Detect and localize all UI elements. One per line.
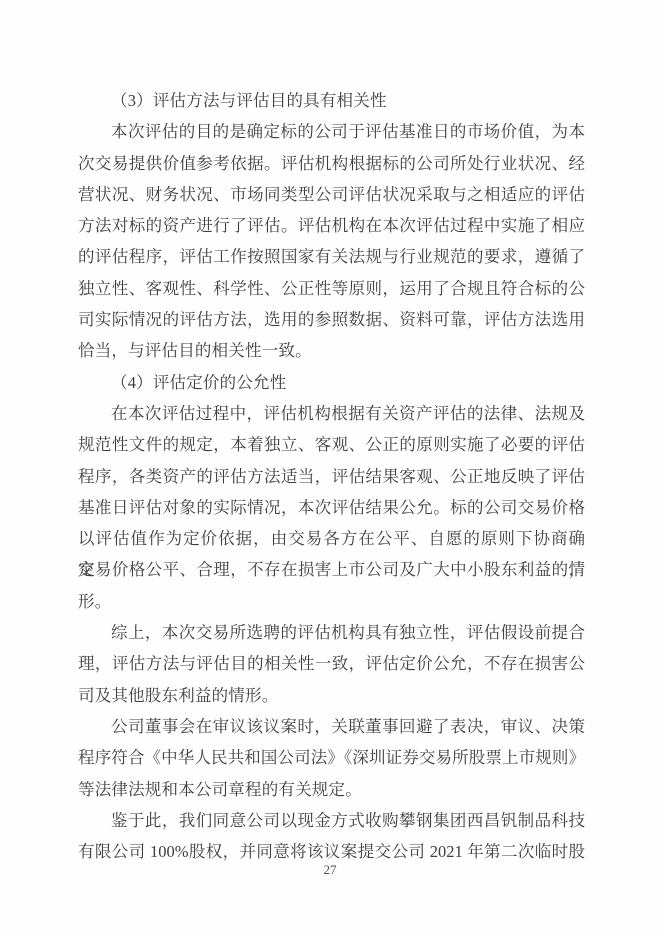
text-line: 形。 <box>78 586 585 617</box>
text-line: 本次评估的目的是确定标的公司于评估基准日的市场价值，为本 <box>78 116 585 147</box>
text-line: 鉴于此，我们同意公司以现金方式收购攀钢集团西昌钒制品科技 <box>78 805 585 836</box>
text-line: 基准日评估对象的实际情况，本次评估结果公允。标的公司交易价格 <box>78 492 585 523</box>
text-line: 营状况、财务状况、市场同类型公司评估状况采取与之相适应的评估 <box>78 179 585 210</box>
document-body: （3）评估方法与评估目的具有相关性本次评估的目的是确定标的公司于评估基准日的市场… <box>78 85 585 867</box>
text-line: 等法律法规和本公司章程的有关规定。 <box>78 774 585 805</box>
text-line: 的评估程序，评估工作按照国家有关法规与行业规范的要求，遵循了 <box>78 241 585 272</box>
text-line: 理，评估方法与评估目的相关性一致，评估定价公允，不存在损害公 <box>78 648 585 679</box>
text-line: 司实际情况的评估方法，选用的参照数据、资料可靠，评估方法选用 <box>78 304 585 335</box>
text-line: 程序符合《中华人民共和国公司法》《深圳证券交易所股票上市规则》 <box>78 742 585 773</box>
text-line: 交易价格公平、合理，不存在损害上市公司及广大中小股东利益的情 <box>78 554 585 585</box>
text-line: 方法对标的资产进行了评估。评估机构在本次评估过程中实施了相应 <box>78 210 585 241</box>
text-line: 次交易提供价值参考依据。评估机构根据标的公司所处行业状况、经 <box>78 148 585 179</box>
text-line: 恰当，与评估目的相关性一致。 <box>78 335 585 366</box>
text-line: 综上，本次交易所选聘的评估机构具有独立性，评估假设前提合 <box>78 617 585 648</box>
text-line: 独立性、客观性、科学性、公正性等原则，运用了合规且符合标的公 <box>78 273 585 304</box>
text-line: 规范性文件的规定，本着独立、客观、公正的原则实施了必要的评估 <box>78 429 585 460</box>
heading-line: （3）评估方法与评估目的具有相关性 <box>78 85 585 116</box>
text-line: 程序，各类资产的评估方法适当，评估结果客观、公正地反映了评估 <box>78 461 585 492</box>
text-line: 以评估值作为定价依据，由交易各方在公平、自愿的原则下协商确定， <box>78 523 585 554</box>
text-line: 司及其他股东利益的情形。 <box>78 680 585 711</box>
page-number: 27 <box>0 860 660 880</box>
text-line: 在本次评估过程中，评估机构根据有关资产评估的法律、法规及 <box>78 398 585 429</box>
text-line: 公司董事会在审议该议案时，关联董事回避了表决，审议、决策 <box>78 711 585 742</box>
heading-line: （4）评估定价的公允性 <box>78 367 585 398</box>
document-page: （3）评估方法与评估目的具有相关性本次评估的目的是确定标的公司于评估基准日的市场… <box>0 0 660 934</box>
